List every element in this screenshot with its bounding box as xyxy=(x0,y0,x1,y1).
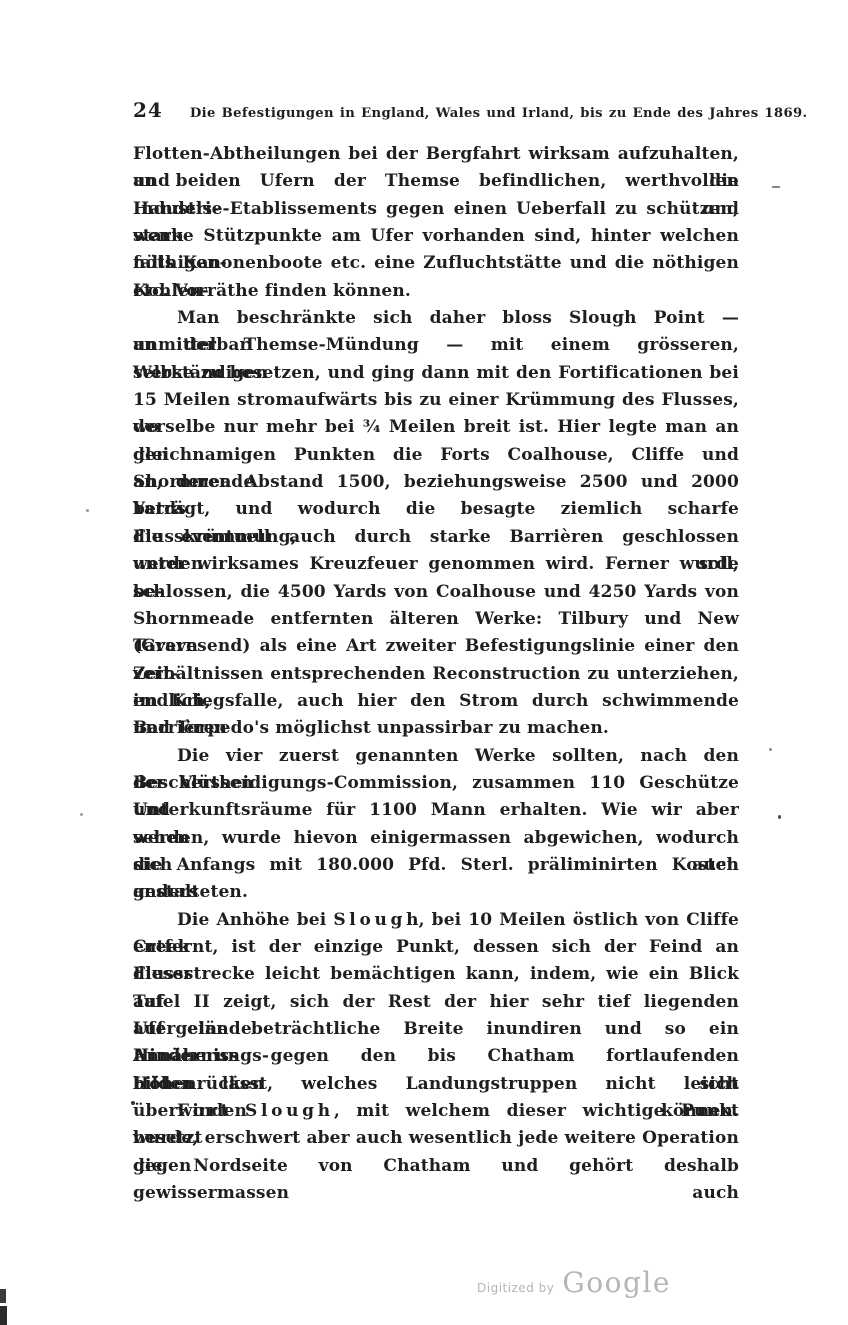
text-line: (Gravesend) als eine Art zweiter Befesti… xyxy=(133,633,739,660)
text-line: derselbe nur mehr bei ¾ Meilen breit ist… xyxy=(133,414,739,441)
text-line: verhältnissen entsprechenden Reconstruct… xyxy=(133,661,739,688)
text-line: Die Anhöhe bei S l o u g h, bei 10 Meile… xyxy=(133,907,739,934)
scan-artifact xyxy=(0,1289,6,1303)
running-head: 24 Die Befestigungen in England, Wales u… xyxy=(133,98,739,122)
text-line: an der Themse-Mündung — mit einem grösse… xyxy=(133,332,739,359)
text-line: Flussstrecke leicht bemächtigen kann, in… xyxy=(133,961,739,988)
scan-artifact xyxy=(80,813,83,816)
text-line: Industrie-Etablissements gegen einen Ueb… xyxy=(133,196,739,223)
text-line: Unterkunftsräume für 1100 Mann erhalten.… xyxy=(133,797,739,824)
text-line: werden, wurde hievon einigermassen abgew… xyxy=(133,825,739,852)
text-line: die eventuell auch durch starke Barrière… xyxy=(133,524,739,551)
text-line: starke Stützpunkte am Ufer vorhanden sin… xyxy=(133,223,739,250)
text-line: 15 Meilen stromaufwärts bis zu einer Krü… xyxy=(133,387,739,414)
page-number: 24 xyxy=(133,98,163,122)
scan-artifact xyxy=(769,748,772,751)
text-line: die Nordseite von Chatham und gehört des… xyxy=(133,1153,739,1180)
text-line: Man beschränkte sich daher bloss Slough … xyxy=(133,305,739,332)
text-line: F o r t S l o u g h , mit welchem dieser… xyxy=(133,1098,739,1125)
text-line: gleichnamigen Punkten die Forts Coalhous… xyxy=(133,442,739,469)
text-line: bilden lässt, welches Landungstruppen ni… xyxy=(133,1071,739,1098)
text-line: etc. Vorräthe finden können. xyxy=(133,278,739,305)
text-line: Shornmeade entfernten älteren Werke: Til… xyxy=(133,606,739,633)
book-page: 24 Die Befestigungen in England, Wales u… xyxy=(0,0,848,1325)
text-line: Die vier zuerst genannten Werke sollten,… xyxy=(133,743,739,770)
text-line: wurde, erschwert aber auch wesentlich je… xyxy=(133,1125,739,1152)
text-line: Flotten-Abtheilungen bei der Bergfahrt w… xyxy=(133,141,739,168)
text-line: Hinderniss gegen den bis Chatham fortlau… xyxy=(133,1043,739,1070)
text-line: an, deren Abstand 1500, beziehungsweise … xyxy=(133,469,739,496)
scan-artifact xyxy=(0,1306,7,1325)
text-line: beträgt, und wodurch die besagte ziemlic… xyxy=(133,496,739,523)
text-line: an beiden Ufern der Themse befindlichen,… xyxy=(133,168,739,195)
text-line: auf eine beträchtliche Breite inundiren … xyxy=(133,1016,739,1043)
text-line: Werke zu besetzen, und ging dann mit den… xyxy=(133,360,739,387)
scan-artifact xyxy=(772,186,780,188)
text-line: unter wirksames Kreuzfeuer genommen wird… xyxy=(133,551,739,578)
digitized-by-label: Digitized by xyxy=(477,1281,554,1295)
text-line: schlossen, die 4500 Yards von Coalhouse … xyxy=(133,579,739,606)
text-line: entfernt, ist der einzige Punkt, dessen … xyxy=(133,934,739,961)
text-line: die Anfangs mit 180.000 Pfd. Sterl. präl… xyxy=(133,852,739,879)
text-line: und Torpedo's möglichst unpassirbar zu m… xyxy=(133,715,739,742)
text-line: der Vertheidigungs-Commission, zusammen … xyxy=(133,770,739,797)
text-line: im Kriegsfalle, auch hier den Strom durc… xyxy=(133,688,739,715)
text-line: falls Kanonenboote etc. eine Zufluchtstä… xyxy=(133,250,739,277)
text-line: Tafel II zeigt, sich der Rest der hier s… xyxy=(133,989,739,1016)
running-title: Die Befestigungen in England, Wales und … xyxy=(190,106,808,121)
text-column: Flotten-Abtheilungen bei der Bergfahrt w… xyxy=(133,141,739,1180)
scan-artifact xyxy=(778,815,781,819)
scan-artifact xyxy=(131,1101,135,1105)
google-wordmark: Google xyxy=(562,1266,671,1299)
text-line: gestalteten. xyxy=(133,879,739,906)
scan-artifact xyxy=(86,509,89,512)
digitized-watermark: Digitized by Google xyxy=(477,1266,671,1299)
